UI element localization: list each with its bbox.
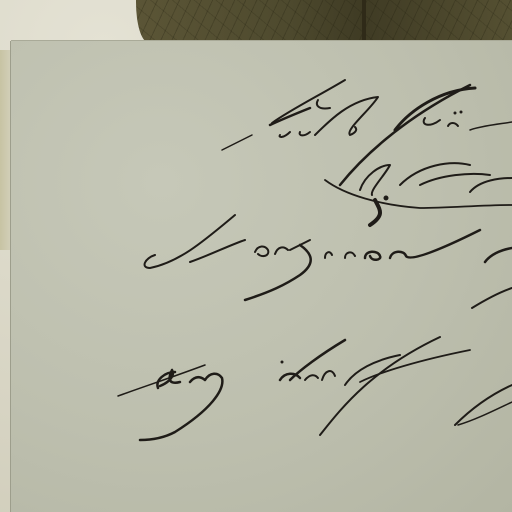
handwriting-line-3: [145, 215, 512, 308]
handwriting-line-4: [118, 337, 512, 440]
handwriting-line-2: [325, 85, 512, 225]
handwriting-line-1: [222, 80, 512, 150]
handwriting-ink: [0, 0, 512, 512]
